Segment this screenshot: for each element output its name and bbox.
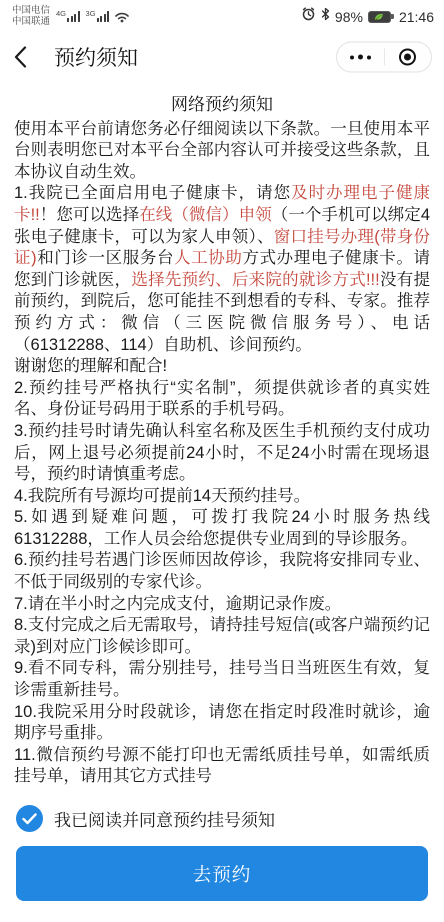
notice-segment: ！您可以选择	[40, 206, 139, 224]
battery-percent: 98%	[335, 9, 363, 25]
carrier-2: 中国联通	[12, 17, 50, 28]
exit-target-icon	[399, 49, 416, 66]
notice-segment: 11.微信预约号源不能打印也无需纸质挂号单，如需纸质挂号单，请用其它方式挂号	[14, 746, 430, 786]
notice-paragraph: 9.看不同专科，需分别挂号，挂号当日当班医生有效，复诊需重新挂号。	[14, 658, 430, 701]
notice-segment: 10.我院采用分时段就诊，请您在指定时段准时就诊，逾期序号重排。	[14, 703, 430, 743]
notice-segment: 8.支付完成之后无需取号，请持挂号短信(或客户端预约记录)到对应门诊候诊即可。	[14, 616, 430, 656]
clock-time: 21:46	[399, 9, 434, 25]
alarm-icon	[301, 7, 316, 26]
notice-paragraph: 6.预约挂号若遇门诊医师因故停诊，我院将安排同专业、不低于同级别的专家代诊。	[14, 550, 430, 593]
notice-paragraph: 11.微信预约号源不能打印也无需纸质挂号单，如需纸质挂号单，请用其它方式挂号	[14, 745, 430, 788]
notice-segment: 3.预约挂号时请先确认科室名称及医生手机预约支付成功后，网上退号必须提前24小时…	[14, 422, 430, 483]
bottom-bar: 我已阅读并同意预约挂号须知 去预约	[0, 792, 444, 922]
notice-paragraph: 2.预约挂号严格执行“实名制”，须提供就诊者的真实姓名、身份证号码用于联系的手机…	[14, 378, 430, 421]
page-title: 预约须知	[54, 42, 138, 72]
notice-segment: 和门诊一区服务台	[37, 249, 174, 267]
notice-paragraph: 7.请在半小时之内完成支付，逾期记录作废。	[14, 594, 430, 616]
notice-segment: 6.预约挂号若遇门诊医师因故停诊，我院将安排同专业、不低于同级别的专家代诊。	[14, 551, 430, 591]
carrier-1: 中国电信	[12, 6, 50, 17]
notice-paragraph: 10.我院采用分时段就诊，请您在指定时段准时就诊，逾期序号重排。	[14, 702, 430, 745]
battery-icon	[368, 11, 391, 23]
notice-paragraph: 5.如遇到疑难问题，可拨打我院24小时服务热线61312288，工作人员会给您提…	[14, 507, 430, 550]
signal-bars-icon-2: 3G	[86, 11, 110, 22]
carrier-labels: 中国电信 中国联通	[12, 6, 50, 27]
notice-segment: 使用本平台前请您务必仔细阅读以下条款。一旦使用本平台则表明您已对本平台全部内容认…	[14, 120, 430, 181]
check-icon	[22, 813, 37, 825]
signal-bars-icon: 4G	[56, 11, 80, 22]
notice-paragraph: 1.我院已全面启用电子健康卡，请您及时办理电子健康卡!!！您可以选择在线（微信）…	[14, 183, 430, 356]
back-button[interactable]	[14, 42, 40, 72]
notice-scroll-area[interactable]: 网络预约须知 使用本平台前请您务必仔细阅读以下条款。一旦使用本平台则表明您已对本…	[0, 84, 444, 792]
notice-segment: 4.我院所有号源均可提前14天预约挂号。	[14, 487, 310, 505]
bluetooth-icon	[321, 7, 330, 26]
notice-segment: 选择先预约、后来院的就诊方式!!!	[131, 271, 379, 289]
notice-paragraph: 使用本平台前请您务必仔细阅读以下条款。一旦使用本平台则表明您已对本平台全部内容认…	[14, 119, 430, 184]
notice-segment: 在线（微信）申领	[139, 206, 272, 224]
wifi-icon	[114, 10, 130, 23]
notice-paragraph: 4.我院所有号源均可提前14天预约挂号。	[14, 486, 430, 508]
notice-segment: 人工协助	[174, 249, 242, 267]
nav-bar: 预约须知	[0, 30, 444, 84]
notice-segment: 5.如遇到疑难问题，可拨打我院24小时服务热线61312288，工作人员会给您提…	[14, 508, 430, 548]
notice-segment: 2.预约挂号严格执行“实名制”，须提供就诊者的真实姓名、身份证号码用于联系的手机…	[14, 379, 430, 419]
notice-segment: 1.我院已全面启用电子健康卡，请您	[14, 184, 291, 202]
notice-title: 网络预约须知	[14, 94, 430, 116]
more-menu-button[interactable]	[337, 43, 384, 72]
notice-segment: 7.请在半小时之内完成支付，逾期记录作废。	[14, 595, 341, 613]
network-type-label: 4G	[56, 9, 66, 18]
notice-body: 使用本平台前请您务必仔细阅读以下条款。一旦使用本平台则表明您已对本平台全部内容认…	[14, 119, 430, 788]
agree-label: 我已阅读并同意预约挂号须知	[54, 806, 275, 831]
notice-segment: 谢谢您的理解和配合!	[14, 357, 167, 375]
notice-paragraph: 8.支付完成之后无需取号，请持挂号短信(或客户端预约记录)到对应门诊候诊即可。	[14, 615, 430, 658]
status-bar: 中国电信 中国联通 4G 3G	[0, 0, 444, 30]
miniprogram-capsule	[336, 42, 432, 73]
agree-row: 我已阅读并同意预约挂号须知	[16, 792, 428, 832]
exit-miniprogram-button[interactable]	[385, 43, 432, 72]
book-appointment-button[interactable]: 去预约	[16, 846, 428, 901]
network-type-label-2: 3G	[86, 9, 96, 18]
notice-paragraph: 谢谢您的理解和配合!	[14, 356, 430, 378]
notice-segment: 9.看不同专科，需分别挂号，挂号当日当班医生有效，复诊需重新挂号。	[14, 659, 430, 699]
agree-checkbox[interactable]	[16, 805, 43, 832]
notice-paragraph: 3.预约挂号时请先确认科室名称及医生手机预约支付成功后，网上退号必须提前24小时…	[14, 421, 430, 486]
ellipsis-icon	[350, 54, 371, 60]
